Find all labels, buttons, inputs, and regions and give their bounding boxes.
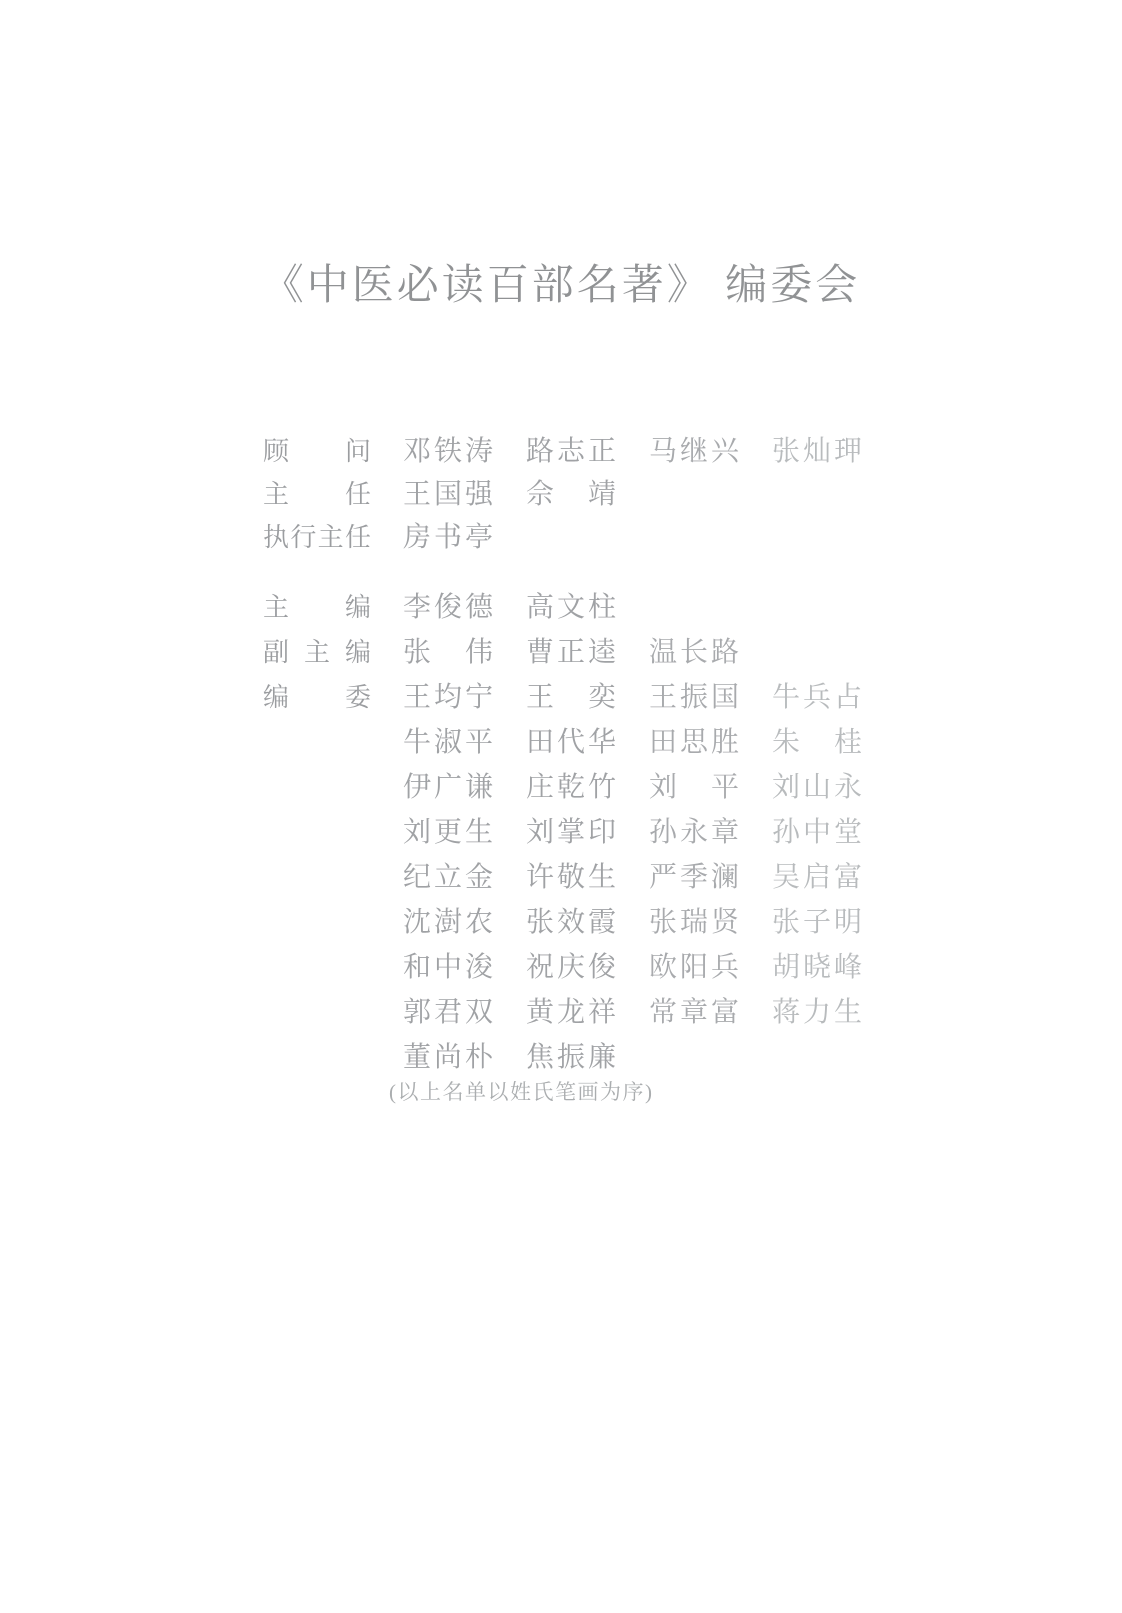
- person-name: 孙永章: [649, 810, 739, 855]
- person-name: 刘更生: [403, 810, 493, 855]
- person-name: 张伟: [403, 630, 493, 675]
- person-name: 田代华: [526, 720, 616, 765]
- person-name: 张效霞: [526, 900, 616, 945]
- person-name: 严季澜: [649, 855, 739, 900]
- person-name: 和中浚: [403, 945, 493, 990]
- person-name: 温长路: [649, 630, 739, 675]
- person-name: 曹正逵: [526, 630, 616, 675]
- role-label: [263, 765, 371, 810]
- person-name: 伊广谦: [403, 765, 493, 810]
- person-name: 张子明: [772, 900, 862, 945]
- person-name: 欧阳兵: [649, 945, 739, 990]
- roster-row-committee: 编委 王均宁 王奕 王振国 牛兵占: [263, 675, 895, 720]
- person-name: 路志正: [526, 430, 616, 473]
- person-name: 王均宁: [403, 675, 493, 720]
- roster-row-chief-editor: 主编 李俊德 高文柱: [263, 585, 895, 630]
- roster-row-deputy-editors: 副主编 张伟 曹正逵 温长路: [263, 630, 895, 675]
- person-name: 刘掌印: [526, 810, 616, 855]
- person-name: 吴启富: [772, 855, 862, 900]
- role-label: 顾问: [263, 430, 371, 473]
- roster-row-director: 主任 王国强 佘靖: [263, 473, 895, 516]
- role-label: 执行主任: [263, 516, 371, 559]
- person-name: 董尚朴: [403, 1035, 493, 1080]
- person-name: 张灿玾: [772, 430, 862, 473]
- role-label: 编委: [263, 675, 371, 720]
- person-name: 纪立金: [403, 855, 493, 900]
- person-name: 房书亭: [403, 516, 493, 559]
- roster-row-committee: 沈澍农 张效霞 张瑞贤 张子明: [263, 900, 895, 945]
- person-name: 张瑞贤: [649, 900, 739, 945]
- person-name: 沈澍农: [403, 900, 493, 945]
- role-label: 副主编: [263, 630, 371, 675]
- role-label: 主编: [263, 585, 371, 630]
- person-name: 黄龙祥: [526, 990, 616, 1035]
- role-label: [263, 720, 371, 765]
- person-name: 蒋力生: [772, 990, 862, 1035]
- person-name: 王奕: [526, 675, 616, 720]
- editors-roster: 主编 李俊德 高文柱 副主编 张伟 曹正逵 温长路 编委 王均宁 王奕 王振国 …: [263, 585, 895, 1080]
- roster-row-committee: 纪立金 许敬生 严季澜 吴启富: [263, 855, 895, 900]
- person-name: 刘平: [649, 765, 739, 810]
- role-label: [263, 945, 371, 990]
- roster-row-advisors: 顾问 邓铁涛 路志正 马继兴 张灿玾: [263, 430, 895, 473]
- role-label: 主任: [263, 473, 371, 516]
- person-name: 王国强: [403, 473, 493, 516]
- roster-row-exec-director: 执行主任 房书亭: [263, 516, 895, 559]
- person-name: 高文柱: [526, 585, 616, 630]
- person-name: 马继兴: [649, 430, 739, 473]
- role-label: [263, 810, 371, 855]
- role-label: [263, 1035, 371, 1080]
- book-page: 《中医必读百部名著》 编委会 顾问 邓铁涛 路志正 马继兴 张灿玾 主任 王国强…: [0, 0, 1122, 1613]
- person-name: 郭君双: [403, 990, 493, 1035]
- person-name: 佘靖: [526, 473, 616, 516]
- person-name: 朱桂: [772, 720, 862, 765]
- role-label: [263, 855, 371, 900]
- person-name: 祝庆俊: [526, 945, 616, 990]
- person-name: 牛兵占: [772, 675, 862, 720]
- roster-row-committee: 董尚朴 焦振廉: [263, 1035, 895, 1080]
- person-name: 李俊德: [403, 585, 493, 630]
- person-name: 胡晓峰: [772, 945, 862, 990]
- person-name: 常章富: [649, 990, 739, 1035]
- person-name: 孙中堂: [772, 810, 862, 855]
- role-label: [263, 990, 371, 1035]
- person-name: 许敬生: [526, 855, 616, 900]
- roster-row-committee: 郭君双 黄龙祥 常章富 蒋力生: [263, 990, 895, 1035]
- roster-row-committee: 牛淑平 田代华 田思胜 朱桂: [263, 720, 895, 765]
- roster-row-committee: 和中浚 祝庆俊 欧阳兵 胡晓峰: [263, 945, 895, 990]
- person-name: 庄乾竹: [526, 765, 616, 810]
- sort-order-note: (以上名单以姓氏笔画为序): [389, 1076, 654, 1106]
- roster-row-committee: 刘更生 刘掌印 孙永章 孙中堂: [263, 810, 895, 855]
- person-name: 王振国: [649, 675, 739, 720]
- person-name: 焦振廉: [526, 1035, 616, 1080]
- role-label: [263, 900, 371, 945]
- person-name: 田思胜: [649, 720, 739, 765]
- page-title: 《中医必读百部名著》 编委会: [0, 252, 1122, 312]
- leadership-roster: 顾问 邓铁涛 路志正 马继兴 张灿玾 主任 王国强 佘靖 执行主任 房书亭: [263, 430, 895, 559]
- person-name: 刘山永: [772, 765, 862, 810]
- roster-row-committee: 伊广谦 庄乾竹 刘平 刘山永: [263, 765, 895, 810]
- person-name: 邓铁涛: [403, 430, 493, 473]
- person-name: 牛淑平: [403, 720, 493, 765]
